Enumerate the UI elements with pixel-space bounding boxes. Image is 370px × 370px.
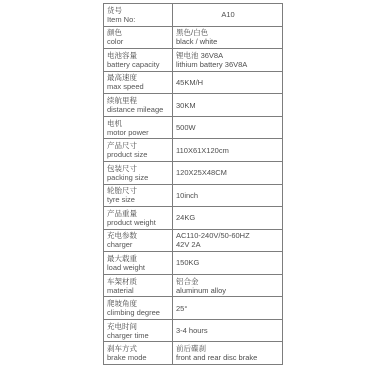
spec-table-body: 货号Item No:A10颜色color黑色/白色black / white电池… [104,4,283,365]
spec-value-cell: 110X61X120cm [173,139,283,162]
spec-value-line: 10inch [176,191,280,200]
table-row: 刹车方式brake mode前后碟刹front and rear disc br… [104,342,283,365]
spec-label-en: load weight [107,263,170,272]
spec-value-cell: 45KM/H [173,71,283,94]
spec-value-cell: 铝合金aluminum alloy [173,274,283,297]
spec-value-line: front and rear disc brake [176,353,280,362]
spec-label-cell: 电机motor power [104,116,173,139]
spec-label-cell: 产品尺寸product size [104,139,173,162]
spec-value-cell: A10 [173,4,283,27]
spec-label-cell: 最大载重load weight [104,252,173,275]
spec-label-en: packing size [107,173,170,182]
spec-label-zh: 续航里程 [107,96,170,105]
table-row: 产品尺寸product size110X61X120cm [104,139,283,162]
spec-label-en: product weight [107,218,170,227]
spec-value-cell: 10inch [173,184,283,207]
table-row: 车架材质material铝合金aluminum alloy [104,274,283,297]
spec-label-en: Item No: [107,15,170,24]
spec-value-cell: 25° [173,297,283,320]
spec-label-en: charger [107,240,170,249]
spec-value-line: 45KM/H [176,78,280,87]
spec-label-cell: 货号Item No: [104,4,173,27]
spec-label-zh: 最高速度 [107,73,170,82]
spec-label-zh: 颜色 [107,28,170,37]
table-row: 颜色color黑色/白色black / white [104,26,283,49]
table-row: 爬坡角度climbing degree25° [104,297,283,320]
page: 货号Item No:A10颜色color黑色/白色black / white电池… [0,0,370,370]
spec-label-zh: 产品重量 [107,209,170,218]
table-row: 充电时间charger time3-4 hours [104,319,283,342]
spec-label-cell: 刹车方式brake mode [104,342,173,365]
spec-label-zh: 充电参数 [107,231,170,240]
spec-label-zh: 充电时间 [107,322,170,331]
spec-label-zh: 爬坡角度 [107,299,170,308]
table-row: 货号Item No:A10 [104,4,283,27]
spec-label-cell: 充电参数charger [104,229,173,252]
spec-value-line: lithium battery 36V8A [176,60,280,69]
spec-value-line: 110X61X120cm [176,146,280,155]
spec-value-cell: AC110-240V/50-60HZ42V 2A [173,229,283,252]
spec-value-cell: 150KG [173,252,283,275]
spec-value-line: black / white [176,37,280,46]
table-row: 续航里程distance mileage30KM [104,94,283,117]
spec-value-line: 30KM [176,101,280,110]
spec-label-zh: 车架材质 [107,277,170,286]
spec-value-line: 120X25X48CM [176,168,280,177]
spec-value-cell: 120X25X48CM [173,161,283,184]
table-row: 充电参数chargerAC110-240V/50-60HZ42V 2A [104,229,283,252]
spec-value-line: AC110-240V/50-60HZ [176,231,280,240]
spec-value-cell: 黑色/白色black / white [173,26,283,49]
spec-label-zh: 包装尺寸 [107,164,170,173]
spec-label-zh: 产品尺寸 [107,141,170,150]
spec-label-zh: 最大载重 [107,254,170,263]
spec-value-cell: 前后碟刹front and rear disc brake [173,342,283,365]
spec-value-cell: 锂电池 36V8Alithium battery 36V8A [173,49,283,72]
spec-label-cell: 电池容量battery capacity [104,49,173,72]
spec-label-en: climbing degree [107,308,170,317]
spec-label-cell: 颜色color [104,26,173,49]
spec-label-en: charger time [107,331,170,340]
spec-value-line: 锂电池 36V8A [176,51,280,60]
spec-value-cell: 30KM [173,94,283,117]
spec-value-cell: 3-4 hours [173,319,283,342]
spec-label-zh: 刹车方式 [107,344,170,353]
spec-value-cell: 24KG [173,207,283,230]
spec-label-zh: 货号 [107,6,170,15]
spec-value-line: 24KG [176,213,280,222]
spec-value-line: 3-4 hours [176,326,280,335]
product-specification-table: 货号Item No:A10颜色color黑色/白色black / white电池… [103,3,283,365]
spec-value-line: aluminum alloy [176,286,280,295]
table-row: 最大载重load weight150KG [104,252,283,275]
spec-label-en: distance mileage [107,105,170,114]
spec-value-line: 42V 2A [176,240,280,249]
table-row: 电机motor power500W [104,116,283,139]
table-row: 产品重量product weight24KG [104,207,283,230]
spec-label-cell: 包装尺寸packing size [104,161,173,184]
table-row: 最高速度max speed45KM/H [104,71,283,94]
spec-label-en: battery capacity [107,60,170,69]
spec-label-cell: 产品重量product weight [104,207,173,230]
spec-label-en: material [107,286,170,295]
spec-value-line: 25° [176,304,280,313]
spec-value-cell: 500W [173,116,283,139]
spec-label-zh: 轮胎尺寸 [107,186,170,195]
spec-label-en: tyre size [107,195,170,204]
spec-label-en: product size [107,150,170,159]
spec-label-en: color [107,37,170,46]
spec-label-cell: 车架材质material [104,274,173,297]
spec-value-line: 150KG [176,258,280,267]
spec-label-zh: 电池容量 [107,51,170,60]
spec-label-cell: 最高速度max speed [104,71,173,94]
spec-label-cell: 续航里程distance mileage [104,94,173,117]
table-row: 包装尺寸packing size120X25X48CM [104,161,283,184]
table-row: 轮胎尺寸tyre size10inch [104,184,283,207]
spec-label-en: max speed [107,82,170,91]
spec-label-cell: 轮胎尺寸tyre size [104,184,173,207]
spec-label-cell: 爬坡角度climbing degree [104,297,173,320]
spec-value-line: 铝合金 [176,277,280,286]
spec-value-line: 前后碟刹 [176,344,280,353]
spec-label-zh: 电机 [107,119,170,128]
spec-value-line: A10 [176,10,280,19]
spec-value-line: 黑色/白色 [176,28,280,37]
spec-value-line: 500W [176,123,280,132]
spec-label-en: brake mode [107,353,170,362]
spec-label-cell: 充电时间charger time [104,319,173,342]
table-row: 电池容量battery capacity锂电池 36V8Alithium bat… [104,49,283,72]
spec-label-en: motor power [107,128,170,137]
